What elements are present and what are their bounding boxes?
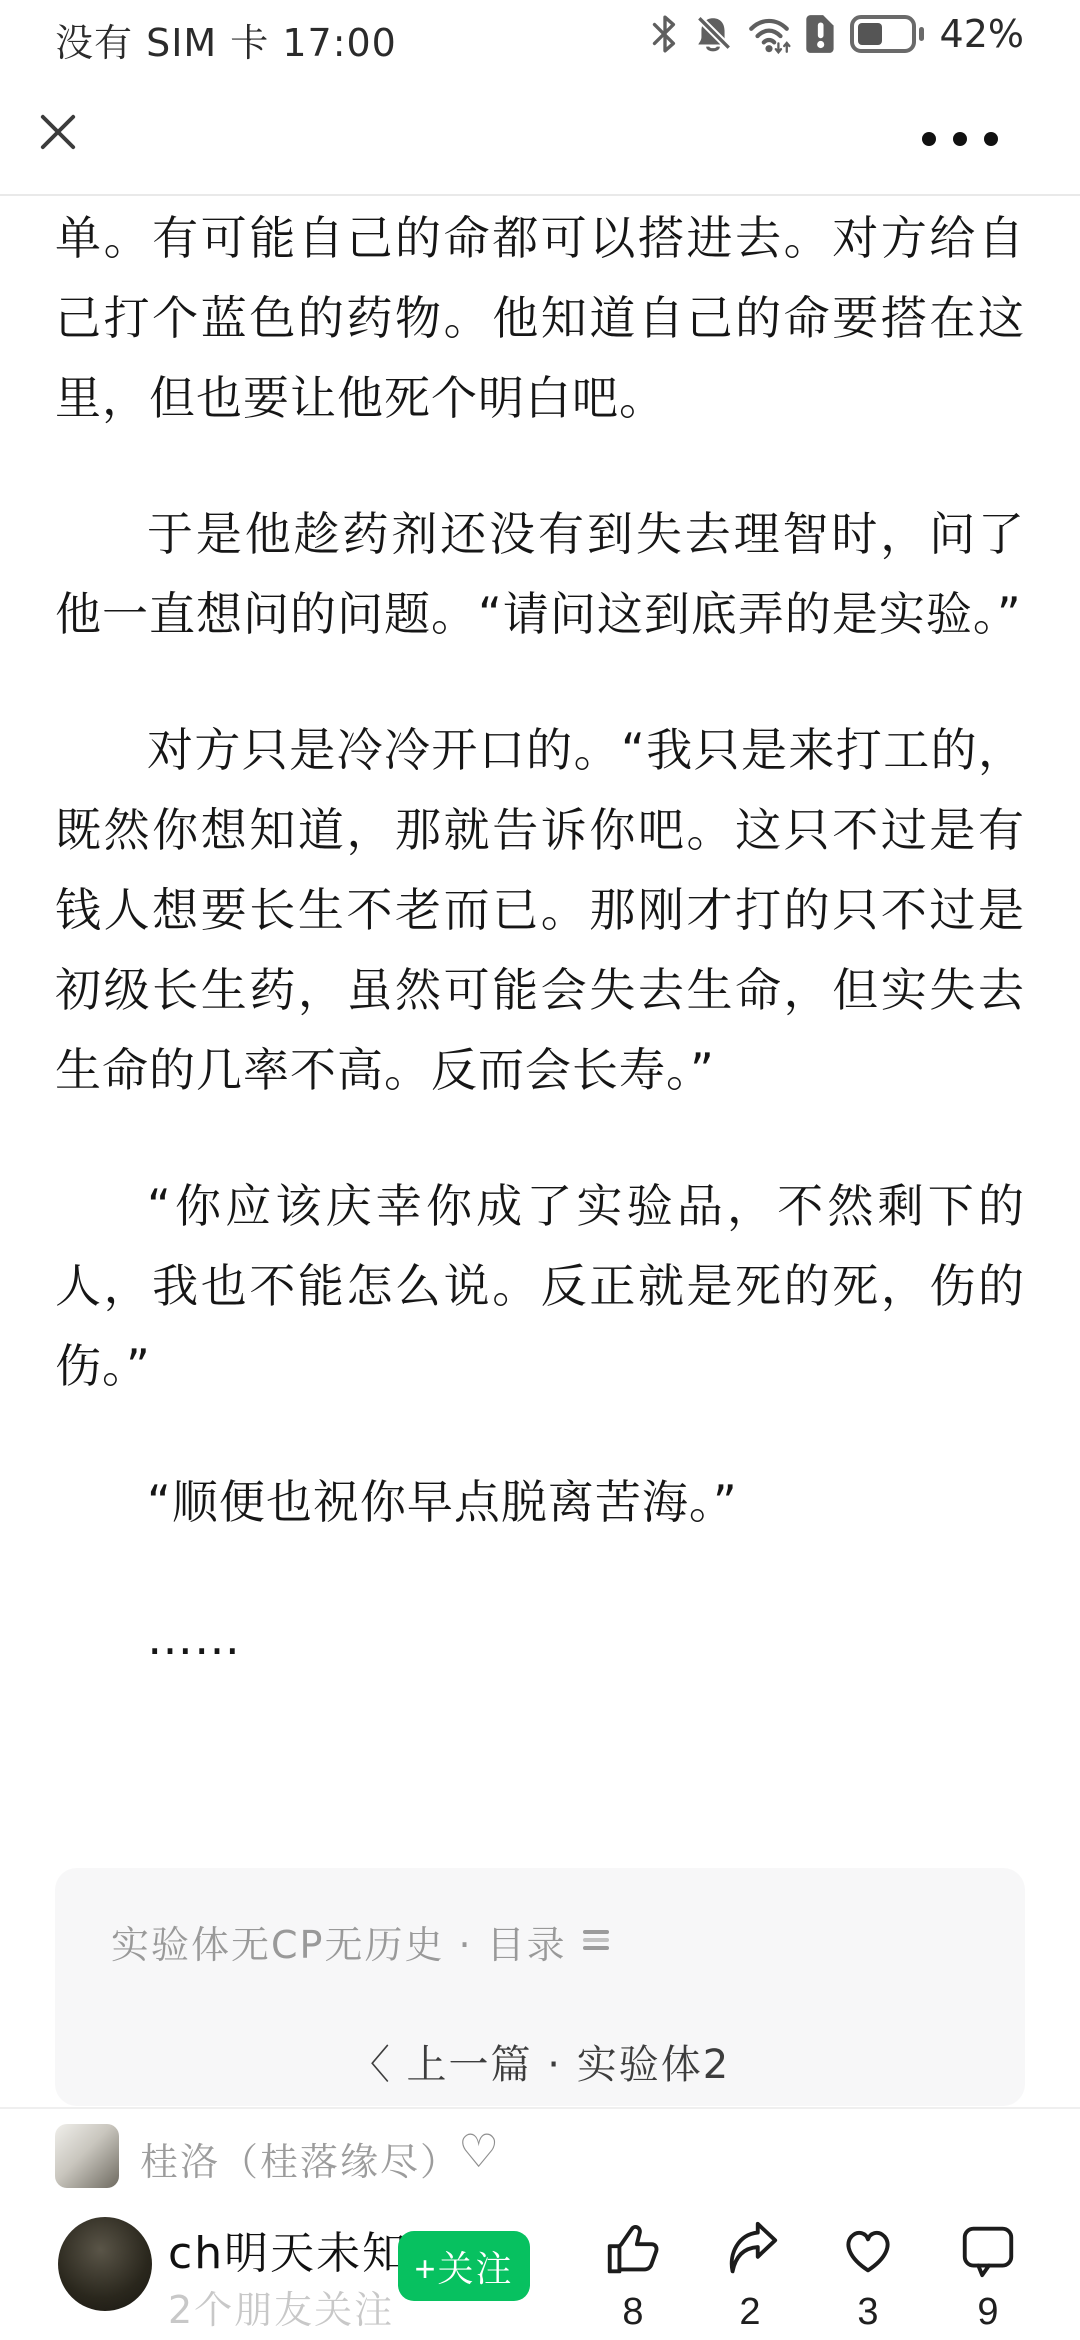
header-divider: [0, 194, 1080, 196]
comment-count: 9: [946, 2291, 1030, 2334]
album-title: 实验体无CP无历史 · 目录: [111, 1914, 567, 1969]
like-count: 8: [591, 2291, 675, 2334]
battery-icon: [850, 15, 926, 53]
author-row: 桂洛（桂落缘尽） ♡: [0, 2107, 1080, 2205]
comment-action[interactable]: 9: [946, 2219, 1030, 2334]
comment-icon: [946, 2219, 1030, 2281]
author-avatar[interactable]: [55, 2124, 119, 2188]
close-button[interactable]: [28, 102, 88, 162]
heart-outline-icon: ♡: [458, 2125, 499, 2177]
status-icons: 42%: [650, 10, 1024, 58]
battery-percent: 42%: [940, 12, 1024, 56]
favorite-action[interactable]: 3: [826, 2219, 910, 2334]
account-name: ch明天未知: [168, 2217, 408, 2281]
previous-article-link[interactable]: 〈 上一篇 · 实验体2: [55, 2033, 1025, 2090]
more-menu-icon: [984, 132, 998, 146]
more-menu-icon: [953, 132, 967, 146]
more-menu-button[interactable]: [916, 126, 1004, 152]
share-icon: [708, 2219, 792, 2281]
share-count: 2: [708, 2291, 792, 2334]
close-icon: [32, 146, 84, 161]
sim-alert-icon: [804, 13, 838, 55]
thumbs-up-icon: [591, 2219, 675, 2281]
like-action[interactable]: 8: [591, 2219, 675, 2334]
list-icon: [583, 1928, 609, 1956]
footer-bar: ch明天未知 2个朋友关注 +关注 8 2: [0, 2205, 1080, 2340]
carrier-and-time: 没有 SIM 卡 17:00: [55, 12, 397, 67]
wifi-icon: [746, 13, 792, 55]
album-title-row[interactable]: 实验体无CP无历史 · 目录: [111, 1914, 985, 1969]
followers-note: 2个朋友关注: [168, 2279, 394, 2334]
bluetooth-icon: [650, 13, 680, 55]
author-like-button[interactable]: ♡: [452, 2123, 505, 2179]
favorite-count: 3: [826, 2291, 910, 2334]
article-paragraph: 对方只是冷冷开口的。“我只是来打工的，既然你想知道，那就告诉你吧。这只不过是有钱…: [55, 710, 1025, 1110]
account-avatar[interactable]: [58, 2217, 152, 2311]
article-paragraph: “顺便也祝你早点脱离苦海。”: [55, 1462, 1025, 1542]
more-menu-icon: [922, 132, 936, 146]
article-paragraph: 于是他趁药剂还没有到失去理智时，问了他一直想问的问题。“请问这到底弄的是实验。”: [55, 494, 1025, 654]
notifications-muted-icon: [692, 13, 734, 55]
status-bar: 没有 SIM 卡 17:00: [0, 0, 1080, 70]
article-paragraph: 单。有可能自己的命都可以搭进去。对方给自己打个蓝色的药物。他知道自己的命要搭在这…: [55, 198, 1025, 438]
article-body: 单。有可能自己的命都可以搭进去。对方给自己打个蓝色的药物。他知道自己的命要搭在这…: [55, 198, 1025, 1734]
share-action[interactable]: 2: [708, 2219, 792, 2334]
follow-button[interactable]: +关注: [398, 2231, 530, 2301]
album-card: 实验体无CP无历史 · 目录 〈 上一篇 · 实验体2: [55, 1868, 1025, 2106]
article-ellipsis: ……: [55, 1598, 1025, 1678]
screen: 没有 SIM 卡 17:00: [0, 0, 1080, 2340]
article-paragraph: “你应该庆幸你成了实验品，不然剩下的人，我也不能怎么说。反正就是死的死，伤的伤。…: [55, 1166, 1025, 1406]
heart-icon: [826, 2219, 910, 2281]
author-name: 桂洛（桂落缘尽）: [140, 2131, 460, 2186]
